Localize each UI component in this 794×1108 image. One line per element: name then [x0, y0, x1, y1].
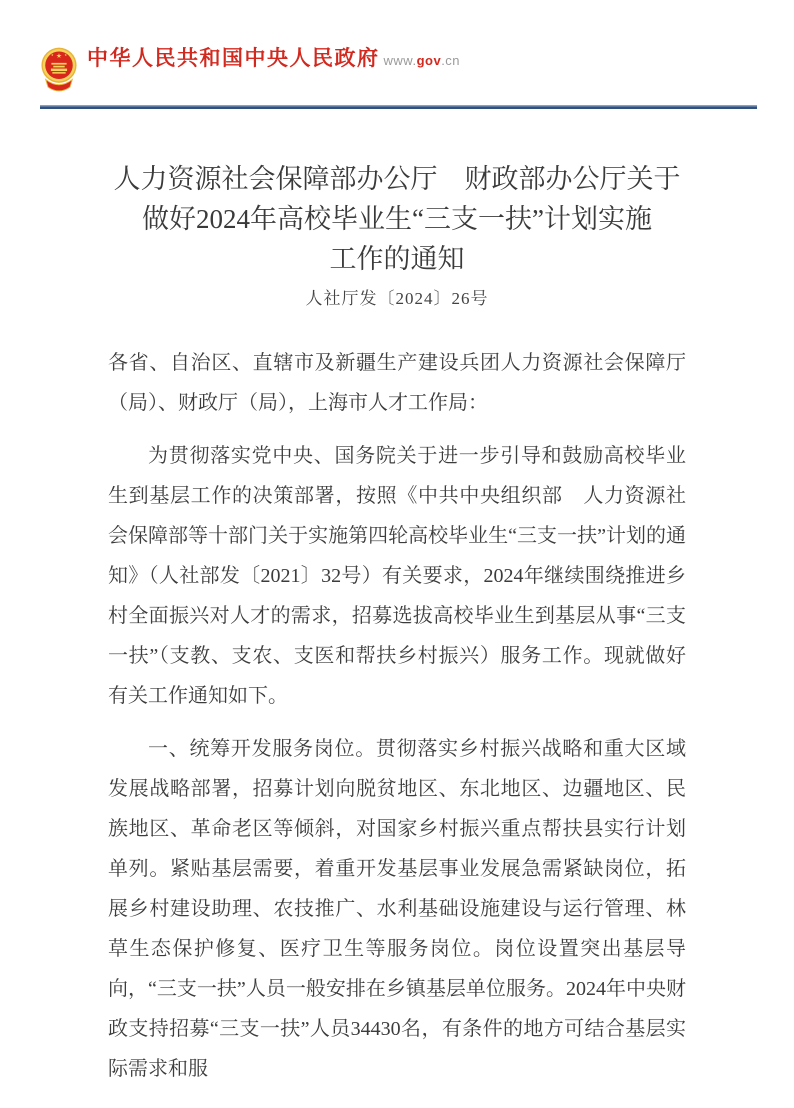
brand-text: 中华人民共和国中央人民政府 www.gov.cn [87, 46, 460, 71]
url-cn: .cn [441, 53, 460, 68]
title-line: 人力资源社会保障部办公厅 财政部办公厅关于 [108, 159, 686, 199]
title-line: 做好2024年高校毕业生“三支一扶”计划实施 [108, 199, 686, 239]
gov-logo-link[interactable]: ★ ★ ★ 中华人民共和国中央人民政府 www.gov.cn [40, 46, 757, 94]
title-line: 工作的通知 [108, 239, 686, 279]
page: ★ ★ ★ 中华人民共和国中央人民政府 www.gov.cn 人力资源社会保障部… [0, 0, 794, 1108]
svg-text:★: ★ [64, 53, 67, 57]
site-url: www.gov.cn [384, 53, 461, 68]
document-title: 人力资源社会保障部办公厅 财政部办公厅关于 做好2024年高校毕业生“三支一扶”… [108, 159, 686, 279]
svg-text:★: ★ [56, 52, 62, 60]
url-www: www. [384, 53, 417, 68]
document-body: 人力资源社会保障部办公厅 财政部办公厅关于 做好2024年高校毕业生“三支一扶”… [0, 159, 794, 1089]
paragraph-section-1: 一、统筹开发服务岗位。贯彻落实乡村振兴战略和重大区域发展战略部署，招募计划向脱贫… [108, 729, 686, 1089]
site-name: 中华人民共和国中央人民政府 [87, 47, 380, 70]
document-number: 人社厅发〔2024〕26号 [108, 285, 686, 313]
site-header: ★ ★ ★ 中华人民共和国中央人民政府 www.gov.cn [0, 0, 794, 109]
salutation: 各省、自治区、直辖市及新疆生产建设兵团人力资源社会保障厅（局）、财政厅（局），上… [108, 343, 686, 423]
url-gov: gov [417, 53, 442, 68]
header-divider [40, 105, 757, 109]
national-emblem-icon: ★ ★ ★ [40, 46, 78, 94]
paragraph-intro: 为贯彻落实党中央、国务院关于进一步引导和鼓励高校毕业生到基层工作的决策部署，按照… [108, 436, 686, 716]
svg-text:★: ★ [51, 53, 54, 57]
